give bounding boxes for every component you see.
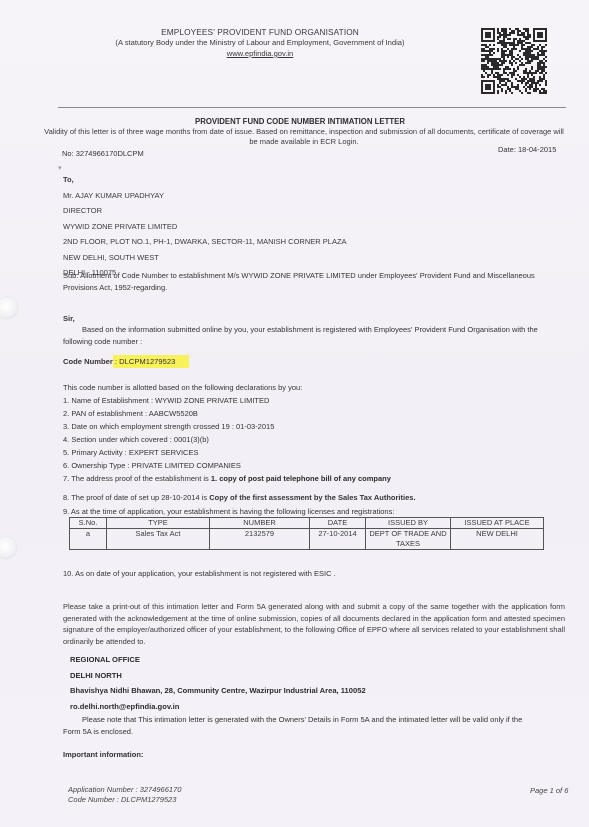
code-number-value: : DLCPM1279523 (113, 355, 189, 368)
column-header: DATE (310, 518, 366, 529)
regional-office-title: REGIONAL OFFICE (70, 652, 366, 668)
pen-mark: ▾ (58, 165, 62, 174)
declaration-item: 4. Section under which covered : 0001(3)… (63, 433, 391, 446)
code-number-label: Code Number (63, 357, 113, 366)
punch-hole (0, 537, 17, 559)
regional-office-name: DELHI NORTH (70, 668, 366, 684)
organisation-name: EMPLOYEES' PROVIDENT FUND ORGANISATION (100, 27, 420, 37)
recipient-address-line-2: NEW DELHI, SOUTH WEST (63, 250, 347, 266)
form-5a-note: Please note that This intimation letter … (63, 714, 563, 738)
recipient-address: To, Mr. AJAY KUMAR UPADHYAY DIRECTOR WYW… (63, 172, 347, 281)
declarations-intro: This code number is allotted based on th… (63, 381, 391, 394)
important-information-heading: Important information: (63, 750, 143, 759)
intro-line-1: Based on the information submitted onlin… (63, 324, 563, 336)
note-line-1: Please note that This intimation letter … (63, 714, 563, 726)
declaration-item: 5. Primary Activity : EXPERT SERVICES (63, 446, 391, 459)
recipient-company: WYWID ZONE PRIVATE LIMITED (63, 219, 347, 235)
regional-office: REGIONAL OFFICE DELHI NORTH Bhavishya Ni… (70, 652, 366, 714)
footer-application-number: Application Number : 3274966170 (68, 785, 181, 795)
table-cell: 27-10-2014 (310, 529, 366, 550)
intro-line-2: following code number : (63, 336, 563, 348)
declaration-item: 3. Date on which employment strength cro… (63, 420, 391, 433)
page-number: Page 1 of 6 (530, 786, 568, 795)
column-header: ISSUED AT PLACE (451, 518, 544, 529)
website-link[interactable]: www.epfindia.gov.in (100, 49, 420, 58)
declaration-item-setup-proof: 8. The proof of date of set up 28-10-201… (63, 493, 416, 502)
footer-code-number: Code Number : DLCPM1279523 (68, 795, 181, 805)
column-header: TYPE (107, 518, 210, 529)
regional-office-address: Bhavishya Nidhi Bhawan, 28, Community Ce… (70, 683, 366, 699)
letter-number: No: 3274966170DLCPM (62, 149, 144, 158)
letterhead: EMPLOYEES' PROVIDENT FUND ORGANISATION (… (100, 27, 420, 58)
declarations-list: This code number is allotted based on th… (63, 381, 391, 485)
declaration-item: 1. Name of Establishment : WYWID ZONE PR… (63, 394, 391, 407)
declaration-item: 6. Ownership Type : PRIVATE LIMITED COMP… (63, 459, 391, 472)
esic-status: 10. As on date of your application, your… (63, 569, 336, 578)
table-cell: DEPT OF TRADE AND TAXES (366, 529, 451, 550)
table-row: a Sales Tax Act 2132579 27-10-2014 DEPT … (70, 529, 544, 550)
column-header: ISSUED BY (366, 518, 451, 529)
recipient-address-line-1: 2ND FLOOR, PLOT NO.1, PH-1, DWARKA, SECT… (63, 234, 347, 250)
code-number: Code Number : DLCPM1279523 (63, 357, 189, 366)
letter-page: EMPLOYEES' PROVIDENT FUND ORGANISATION (… (0, 0, 589, 827)
letter-title: PROVIDENT FUND CODE NUMBER INTIMATION LE… (30, 117, 570, 127)
instructions-paragraph: Please take a print-out of this intimati… (63, 601, 565, 647)
column-header: NUMBER (210, 518, 310, 529)
declaration-item: 2. PAN of establishment : AABCW5520B (63, 407, 391, 420)
validity-note: Validity of this letter is of three wage… (40, 127, 568, 147)
recipient-name: Mr. AJAY KUMAR UPADHYAY (63, 188, 347, 204)
regional-office-email[interactable]: ro.delhi.north@epfindia.gov.in (70, 699, 366, 715)
column-header: S.No. (70, 518, 107, 529)
salutation: Sir, (63, 314, 75, 323)
intro-paragraph: Based on the information submitted onlin… (63, 324, 563, 348)
organisation-subtitle: (A statutory Body under the Ministry of … (100, 38, 420, 47)
table-cell: Sales Tax Act (107, 529, 210, 550)
declaration-item-licenses: 9. As at the time of application, your e… (63, 507, 394, 516)
punch-hole (0, 297, 18, 319)
declaration-item-address-proof: 7. The address proof of the establishmen… (63, 472, 391, 485)
table-header-row: S.No. TYPE NUMBER DATE ISSUED BY ISSUED … (70, 518, 544, 529)
note-line-2: Form 5A is enclosed. (63, 726, 563, 738)
qr-code-icon (481, 28, 547, 94)
letter-date: Date: 18-04-2015 (498, 145, 556, 154)
to-label: To, (63, 172, 347, 188)
table-cell: 2132579 (210, 529, 310, 550)
table-cell: NEW DELHI (451, 529, 544, 550)
subject-line: Sub: Allotment of Code Number to establi… (63, 270, 563, 294)
footer-reference: Application Number : 3274966170 Code Num… (68, 785, 181, 805)
table-cell: a (70, 529, 107, 550)
licenses-table: S.No. TYPE NUMBER DATE ISSUED BY ISSUED … (69, 517, 544, 550)
recipient-designation: DIRECTOR (63, 203, 347, 219)
header-divider (58, 107, 566, 108)
